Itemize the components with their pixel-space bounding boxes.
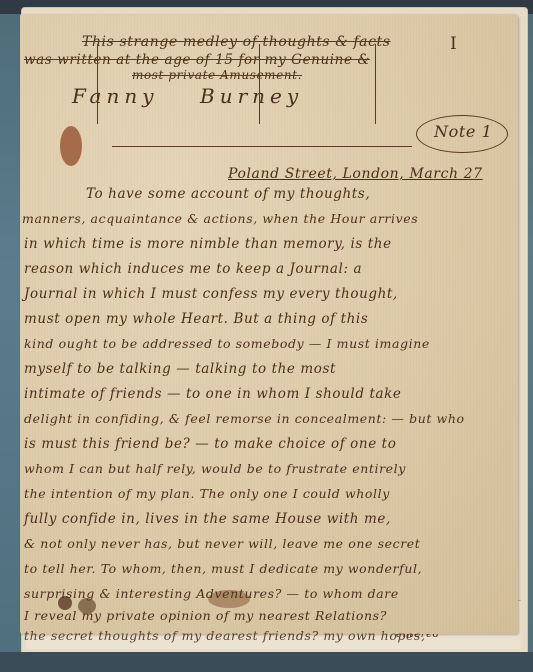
cancel-stroke <box>259 44 260 124</box>
header-rule <box>112 146 412 147</box>
ink-stain <box>60 126 82 166</box>
body-line: & not only never has, but never will, le… <box>24 536 420 551</box>
header-line-2: was written at the age of 15 for my Genu… <box>24 52 370 68</box>
body-line: kind ought to be addressed to somebody —… <box>24 336 430 351</box>
body-line: myself to be talking — talking to the mo… <box>24 361 336 377</box>
body-line: the secret thoughts of my dearest friend… <box>24 628 426 643</box>
body-line: to tell her. To whom, then, must I dedic… <box>24 561 422 576</box>
header-line-1: This strange medley of thoughts & facts <box>82 34 391 50</box>
body-line: is must this friend be? — to make choice… <box>24 436 396 452</box>
water-stain <box>208 590 250 608</box>
body-line: manners, acquaintance & actions, when th… <box>22 211 418 226</box>
body-line: intimate of friends — to one in whom I s… <box>24 386 402 402</box>
body-line: delight in confiding, & feel remorse in … <box>24 411 465 426</box>
page-number: I <box>450 34 457 54</box>
cancel-stroke <box>375 44 376 124</box>
cancel-stroke <box>97 44 98 124</box>
body-line: the intention of my plan. The only one I… <box>24 486 390 501</box>
signature-last: Burney <box>200 84 303 108</box>
body-line: Journal in which I must confess my every… <box>24 286 398 302</box>
body-line: whom I can but half rely, would be to fr… <box>24 461 406 476</box>
manuscript-page: This strange medley of thoughts & facts … <box>20 14 518 634</box>
body-line: I reveal my private opinion of my neares… <box>24 608 387 623</box>
ink-blot <box>58 596 72 610</box>
signature-first: Fanny <box>72 84 159 108</box>
body-line: fully confide in, lives in the same Hous… <box>24 511 391 527</box>
body-line: To have some account of my thoughts, <box>86 186 370 202</box>
dateline: Poland Street, London, March 27 <box>228 166 483 182</box>
header-line-3: most private Amusement. <box>132 68 302 82</box>
body-line: must open my whole Heart. But a thing of… <box>24 311 368 327</box>
ink-blot <box>78 598 96 614</box>
background-bottom <box>0 652 533 672</box>
body-line: reason which induces me to keep a Journa… <box>24 261 362 277</box>
note-oval <box>416 115 508 153</box>
body-line: in which time is more nimble than memory… <box>24 236 392 252</box>
note-label: Note 1 <box>434 122 492 141</box>
body-line: surprising & interesting Adventures? — t… <box>24 586 399 601</box>
